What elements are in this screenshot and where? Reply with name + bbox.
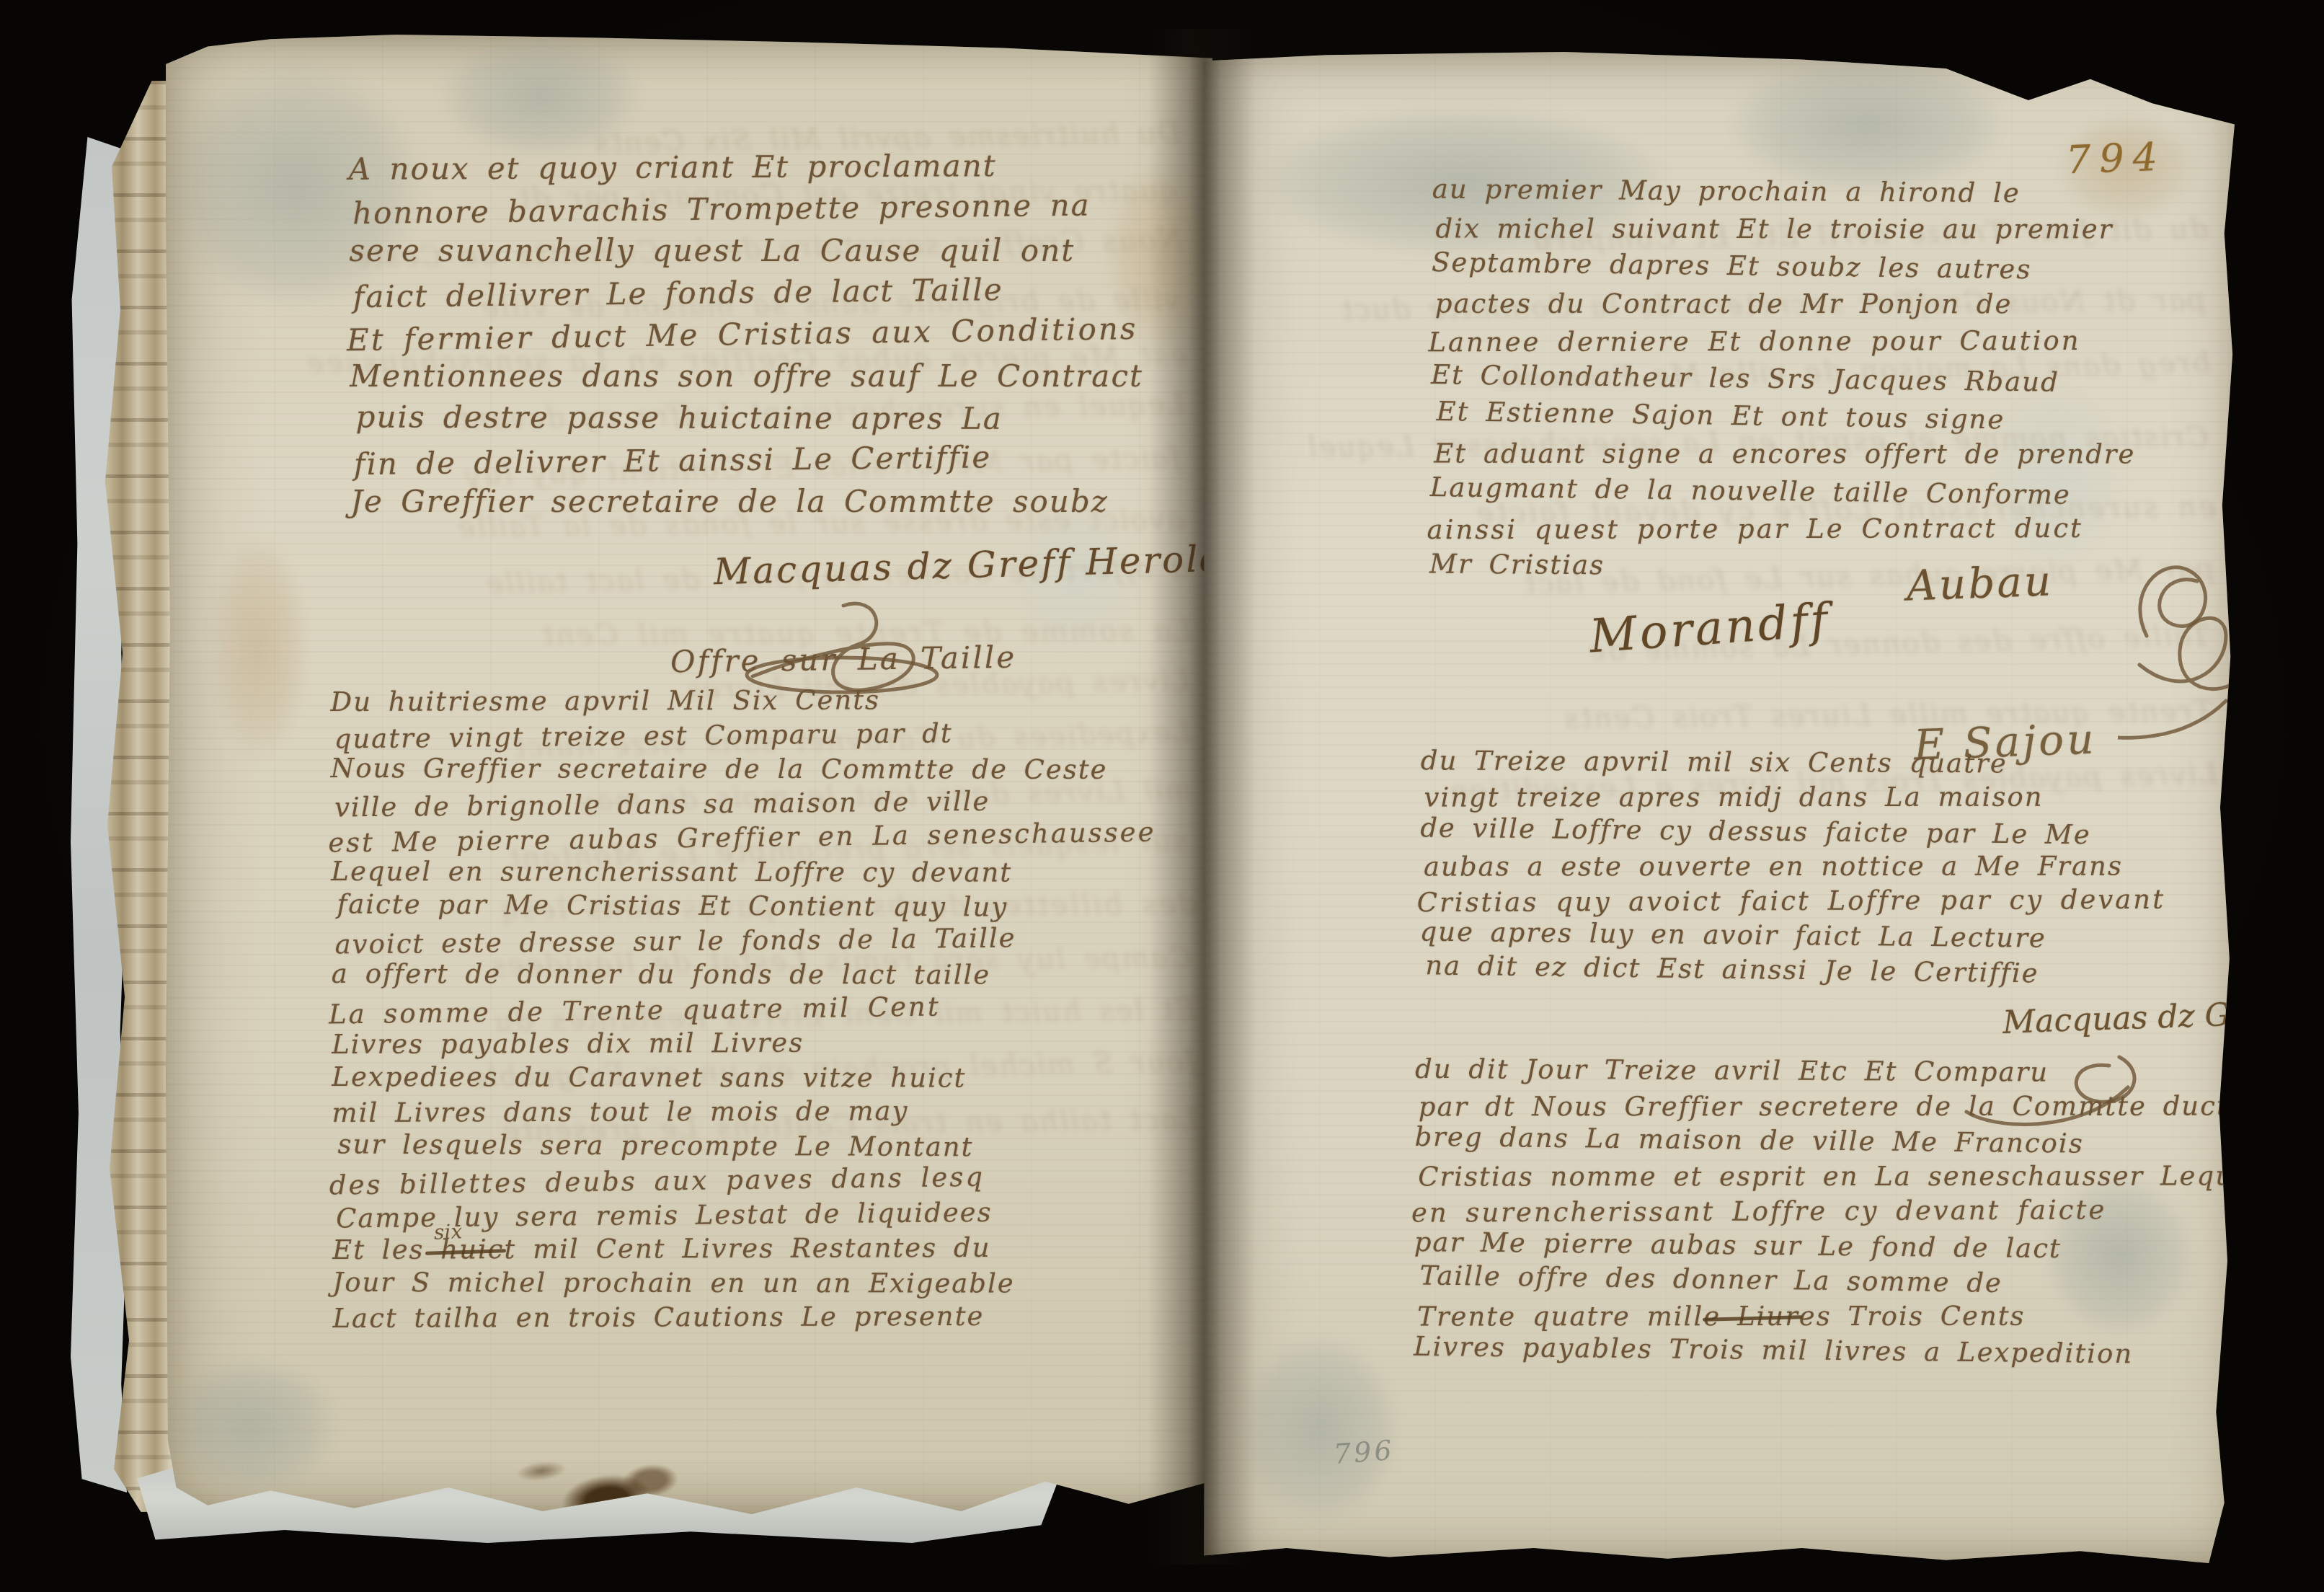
manuscript-text-line: Je Greffier secretaire de la Commtte sou…	[350, 481, 1144, 523]
manuscript-text-line: Mentionnees dans son offre sauf Le Contr…	[350, 355, 1143, 397]
manuscript-text-line: Cristias nomme et esprit en La seneschau…	[1418, 1159, 2261, 1195]
right-page-paragraph-2: du Treize apvril mil six Cents quatrevin…	[1419, 743, 2169, 989]
manuscript-text-line: mil Livres dans tout le mois de may	[332, 1093, 1159, 1131]
manuscript-text-line: Du huitriesme apvril Mil Six Cents	[330, 682, 1158, 720]
interlinear-correction: six	[433, 1219, 462, 1244]
manuscript-text-line: Et aduant signe a encores offert de pren…	[1434, 435, 2135, 474]
right-page: du dit Jour Treize avril Etc Et Comparup…	[1204, 52, 2235, 1563]
manuscript-scan-photograph: Du huitriesme apvril Mil Six Centsquatre…	[0, 0, 2324, 1592]
manuscript-text-line: Lannee derniere Et donne pour Caution	[1428, 322, 2129, 362]
manuscript-text-line: pactes du Contract de Mr Ponjon de	[1435, 286, 2137, 324]
right-page-paragraph-3: du dit Jour Treize avril Etc Et Comparup…	[1414, 1052, 2258, 1371]
manuscript-text-line: du Treize apvril mil six Cents quatre	[1421, 743, 2170, 782]
manuscript-text-line: au premier May prochain a hirond le	[1432, 171, 2134, 213]
clerk-signature-macquas-2: Macquas dz Greffier	[2002, 993, 2324, 1041]
clerk-signature-macquas: Macquas dz Greff Herold	[713, 538, 1225, 593]
left-page-paragraph-1: A noux et quoy criant Et proclamanthonno…	[349, 144, 1144, 525]
manuscript-text-line: faicte par Me Cristias Et Contient quy l…	[337, 888, 1164, 926]
manuscript-text-line: du dit Jour Treize avril Etc Et Comparu	[1415, 1052, 2258, 1092]
manuscript-text-line: Livres payables Trois mil livres a Lexpe…	[1414, 1330, 2257, 1374]
manuscript-text-line: en surencherissant Loffre cy devant faic…	[1411, 1192, 2255, 1231]
water-stain	[1211, 1299, 1427, 1559]
manuscript-text-line: Jour S michel prochain en un an Exigeabl…	[332, 1265, 1160, 1301]
archival-pencil-number: 796	[1333, 1434, 1396, 1470]
water-stain	[195, 496, 324, 799]
manuscript-text-line: par dt Nous Greffier secretere de la Com…	[1419, 1089, 2262, 1125]
manuscript-text-line: aubas a este ouverte en nottice a Me Fra…	[1424, 849, 2172, 885]
manuscript-text-line: dix michel suivant Et le troisie au prem…	[1435, 211, 2137, 249]
manuscript-text-line: vingt treize apres midj dans La maison	[1424, 780, 2172, 815]
manuscript-text-line: Nous Greffier secretaire de la Commtte d…	[331, 751, 1158, 787]
manuscript-text-line: breg dans La maison de ville Me Francois	[1414, 1120, 2258, 1164]
section-heading-offre-sur-la-taille: Offre sur La Taille	[670, 640, 1017, 680]
manuscript-text-line: Trente quatre mille Liures Trois Cents	[1417, 1299, 2261, 1335]
right-page-paragraph-1: au premier May prochain a hirond ledix m…	[1429, 171, 2134, 588]
manuscript-text-line: ainssi quest porte par Le Contract duct	[1427, 510, 2128, 549]
witness-signature-aubau: Aubau	[1906, 556, 2054, 610]
witness-signature-morand: Morandff	[1588, 593, 1832, 663]
manuscript-text-line: a offert de donner du fonds de lact tail…	[332, 957, 1159, 993]
manuscript-text-line: A noux et quoy criant Et proclamant	[349, 144, 1143, 190]
manuscript-text-line: Cristias quy avoict faict Loffre par cy …	[1417, 883, 2165, 921]
manuscript-text-line: de ville Loffre cy dessus faicte par Le …	[1420, 811, 2169, 854]
manuscript-text-line: Lexpediees du Caravnet sans vitze huict	[332, 1059, 1159, 1095]
manuscript-text-line: quatre vingt treize est Comparu par dt	[334, 714, 1162, 756]
left-page: Du huitriesme apvril Mil Six Centsquatre…	[166, 35, 1212, 1514]
manuscript-text-line: Lequel en surencherissant Loffre cy deva…	[331, 854, 1158, 890]
manuscript-text-line: Lact tailha en trois Cautions Le present…	[332, 1299, 1160, 1336]
manuscript-text-line: honnore bavrachis Trompette presonne na	[352, 184, 1146, 234]
manuscript-text-line: avoict este dresse sur le fonds de la Ta…	[334, 919, 1163, 962]
manuscript-text-line: sere suvanchelly quest La Cause quil ont	[349, 230, 1143, 272]
manuscript-text-line: Septambre dapres Et soubz les autres	[1432, 244, 2134, 290]
signature-paraph-flourish	[2118, 549, 2255, 773]
manuscript-text-line: puis destre passe huictaine apres La	[356, 397, 1150, 441]
manuscript-text-line: Laugmant de la nouvelle taille Conforme	[1430, 469, 2132, 515]
manuscript-text-line: fin de delivrer Et ainssi Le Certiffie	[354, 435, 1148, 485]
